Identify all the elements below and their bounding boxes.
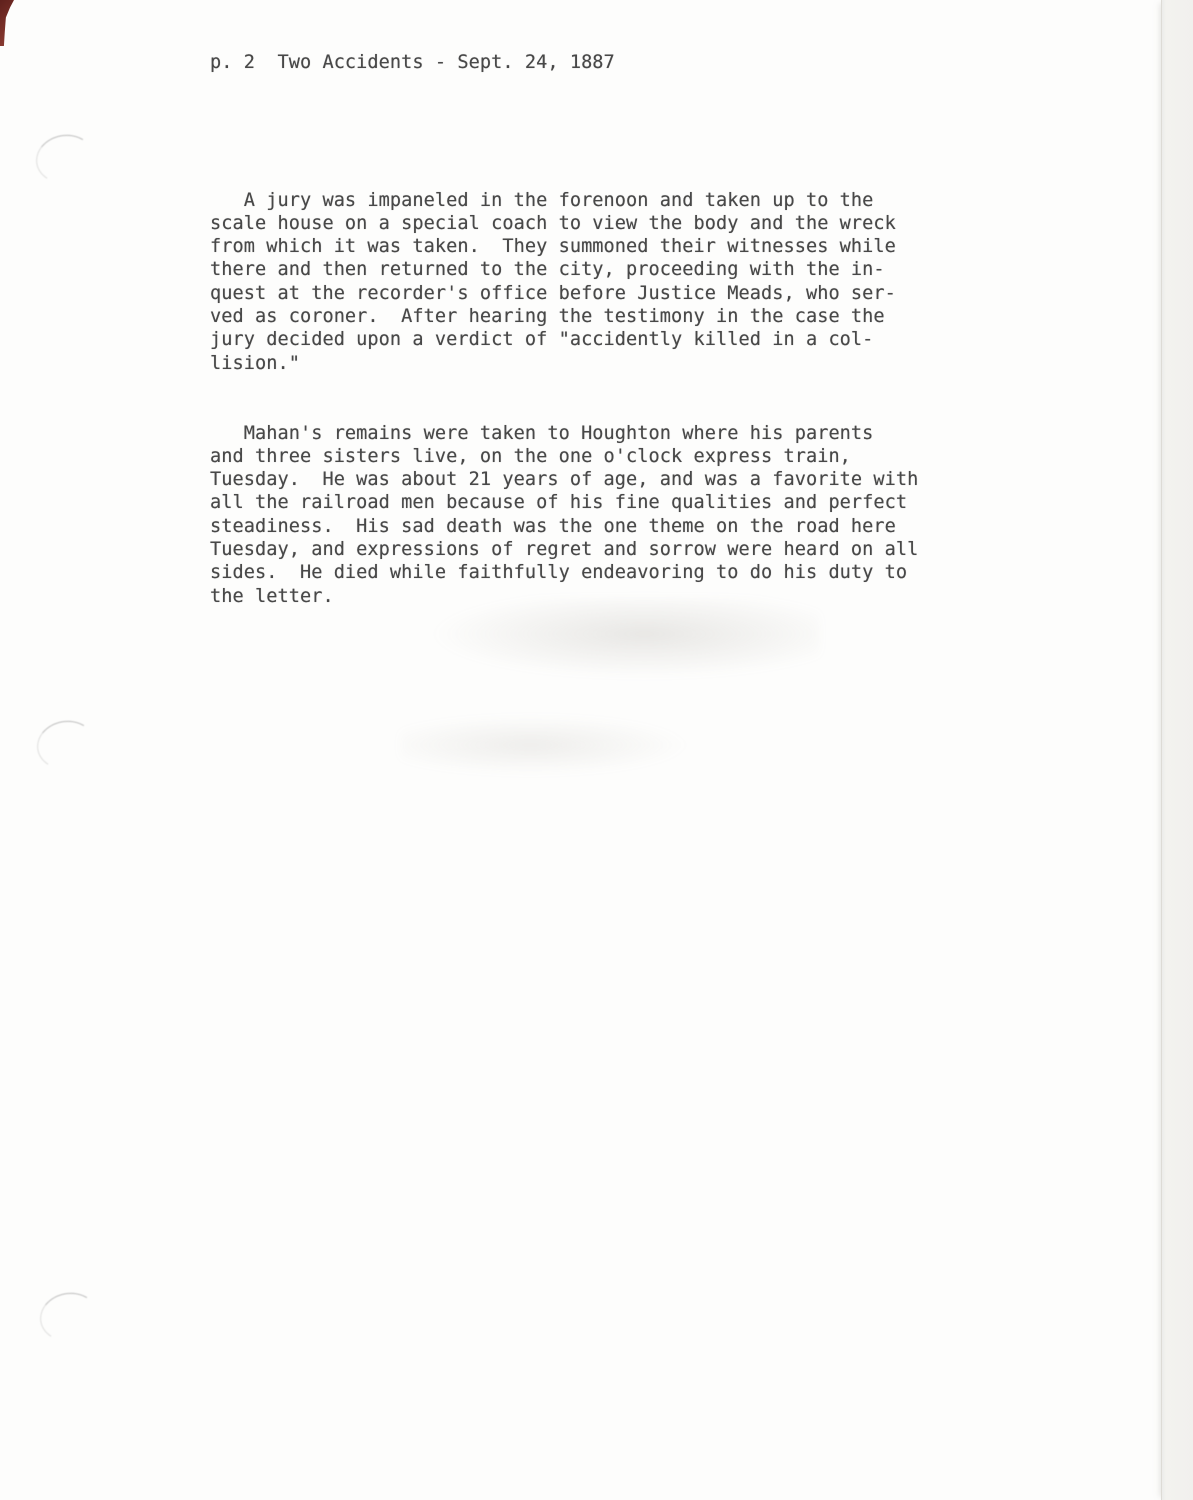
scanned-document-page: p. 2 Two Accidents - Sept. 24, 1887 A ju… [0, 0, 1193, 1500]
ghost-smudge [400, 715, 690, 775]
binder-ring-mark-top [32, 130, 97, 187]
red-corner-mark [0, 0, 14, 46]
paper-edge-shadow [1161, 0, 1193, 1500]
document-body: A jury was impaneled in the forenoon and… [210, 142, 918, 655]
page-header: p. 2 Two Accidents - Sept. 24, 1887 [210, 51, 615, 75]
paragraph-1: A jury was impaneled in the forenoon and… [210, 189, 918, 375]
binder-ring-mark-middle [33, 716, 98, 773]
binder-ring-mark-bottom [36, 1288, 101, 1345]
paragraph-2: Mahan's remains were taken to Houghton w… [210, 422, 918, 608]
